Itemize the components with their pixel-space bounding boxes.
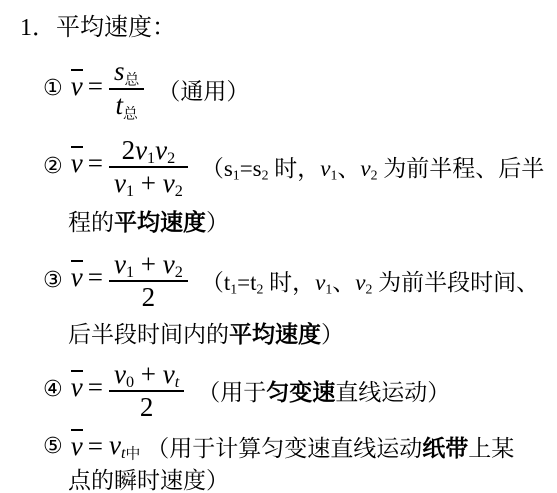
avg-velocity-symbol: v <box>68 71 86 102</box>
text-run: 为前半程、后半 <box>378 156 545 181</box>
document: 1．平均速度： ① v = s总 t总 （通用） ② v = 2v1v2 v1 … <box>0 0 557 493</box>
equals-sign: = <box>88 372 103 403</box>
text-run: 直线运动） <box>335 380 450 405</box>
text-run: 、 <box>332 270 355 295</box>
text-run: v <box>109 430 121 460</box>
text-run: =s <box>240 156 262 181</box>
fraction: 2v1v2 v1 + v2 <box>109 135 188 200</box>
formula-note: （s1=s2 时，v1、v2 为前半程、后半 <box>201 150 544 183</box>
formula-note: （用于匀变速直线运动） <box>197 374 450 407</box>
text-run: 1 <box>126 263 134 281</box>
avg-velocity-symbol: v <box>68 431 86 462</box>
fraction: v0 + vt 2 <box>109 359 184 422</box>
formula-item-4: ④ v = v0 + vt 2 （用于匀变速直线运动） <box>43 359 557 422</box>
text-run: + <box>134 249 163 279</box>
text-run: （用于 <box>197 380 266 405</box>
fraction: v1 + v2 2 <box>109 249 188 312</box>
text-run: （s <box>201 156 233 181</box>
text-run: + <box>134 168 163 198</box>
text-run: v <box>114 168 126 198</box>
avg-velocity-symbol: v <box>68 148 86 179</box>
circled-number-3: ③ <box>43 270 63 292</box>
text-run: ） <box>206 210 229 235</box>
text-run: 、 <box>337 156 360 181</box>
text-run: v <box>355 270 365 295</box>
fraction-denominator: 2 <box>135 392 159 422</box>
formula-item-5: ⑤ v = vt中 （用于计算匀变速直线运动纸带上某 <box>43 430 557 463</box>
text-run: v <box>163 168 175 198</box>
avg-velocity-symbol: v <box>68 262 86 293</box>
formula-rhs: vt中 <box>109 430 140 462</box>
fraction-denominator: v1 + v2 <box>109 168 188 199</box>
text-run: 平均速度 <box>114 210 206 235</box>
section-title: 1．平均速度： <box>20 12 557 44</box>
text-run: 1 <box>147 149 155 167</box>
text-run: 点的瞬时速度） <box>68 468 229 493</box>
text-run: 中 <box>125 447 140 463</box>
text-run: （用于计算匀变速直线运动 <box>146 436 422 461</box>
text-run: 匀变速 <box>266 380 335 405</box>
note-continuation-2: 程的平均速度） <box>68 207 557 239</box>
circled-number-2: ② <box>43 156 63 178</box>
text-run: 程的 <box>68 210 114 235</box>
text-run: v <box>135 135 147 165</box>
text-run: 平均速度 <box>229 322 321 347</box>
text-run: 总 <box>123 107 138 123</box>
text-run: v <box>155 135 167 165</box>
fraction-numerator: s总 <box>109 56 144 88</box>
circled-number-5: ⑤ <box>43 436 63 458</box>
text-run: v <box>163 359 175 389</box>
text-run: v <box>163 249 175 279</box>
text-run: s <box>114 56 125 86</box>
fraction-denominator: 2 <box>137 282 161 312</box>
fraction: s总 t总 <box>109 56 144 123</box>
text-run: 总 <box>124 72 139 88</box>
equals-sign: = <box>88 71 103 102</box>
note-continuation-3: 后半段时间内的平均速度） <box>68 319 557 351</box>
text-run: 2 <box>122 135 136 165</box>
text-run: v <box>315 270 325 295</box>
fraction-numerator: 2v1v2 <box>117 135 181 166</box>
text-run: （通用） <box>157 79 249 104</box>
text-run: 1 <box>126 182 134 200</box>
equals-sign: = <box>88 431 103 462</box>
text-run: ） <box>321 322 344 347</box>
text-run: 2 <box>371 168 378 183</box>
text-run: 为前半段时间、 <box>372 270 539 295</box>
formula-item-2: ② v = 2v1v2 v1 + v2 （s1=s2 时，v1、v2 为前半程、… <box>43 135 557 200</box>
formula-note: （通用） <box>157 73 249 106</box>
avg-velocity-symbol: v <box>68 372 86 403</box>
text-run: t <box>175 373 180 391</box>
text-run: 2 <box>175 263 183 281</box>
text-run: v <box>320 156 330 181</box>
fraction-denominator: t总 <box>110 90 142 122</box>
equals-sign: = <box>88 262 103 293</box>
text-run: + <box>134 359 163 389</box>
text-run: 上某 <box>468 436 514 461</box>
text-run: 0 <box>126 373 134 391</box>
text-run: 2 <box>167 149 175 167</box>
text-run: 后半段时间内的 <box>68 322 229 347</box>
text-run: 1 <box>233 168 240 183</box>
text-run: （t <box>201 270 230 295</box>
formula-note: （用于计算匀变速直线运动纸带上某 <box>146 430 514 463</box>
equals-sign: = <box>88 148 103 179</box>
text-run: 2 <box>140 392 154 422</box>
fraction-numerator: v1 + v2 <box>109 249 188 280</box>
circled-number-1: ① <box>43 78 63 100</box>
formula-item-3: ③ v = v1 + v2 2 （t1=t2 时，v1、v2 为前半段时间、 <box>43 249 557 312</box>
text-run: v <box>114 359 126 389</box>
text-run: 纸带 <box>422 436 468 461</box>
note-continuation-5: 点的瞬时速度） <box>68 465 557 493</box>
formula-note: （t1=t2 时，v1、v2 为前半段时间、 <box>201 264 539 297</box>
text-run: 2 <box>175 182 183 200</box>
text-run: v <box>114 249 126 279</box>
text-run: 时， <box>269 156 321 181</box>
text-run: v <box>360 156 370 181</box>
formula-item-1: ① v = s总 t总 （通用） <box>43 56 557 123</box>
circled-number-4: ④ <box>43 379 63 401</box>
text-run: t <box>115 90 123 120</box>
text-run: 2 <box>142 282 156 312</box>
fraction-numerator: v0 + vt <box>109 359 184 390</box>
text-run: 2 <box>262 168 269 183</box>
text-run: =t <box>237 270 256 295</box>
text-run: 时， <box>263 270 315 295</box>
